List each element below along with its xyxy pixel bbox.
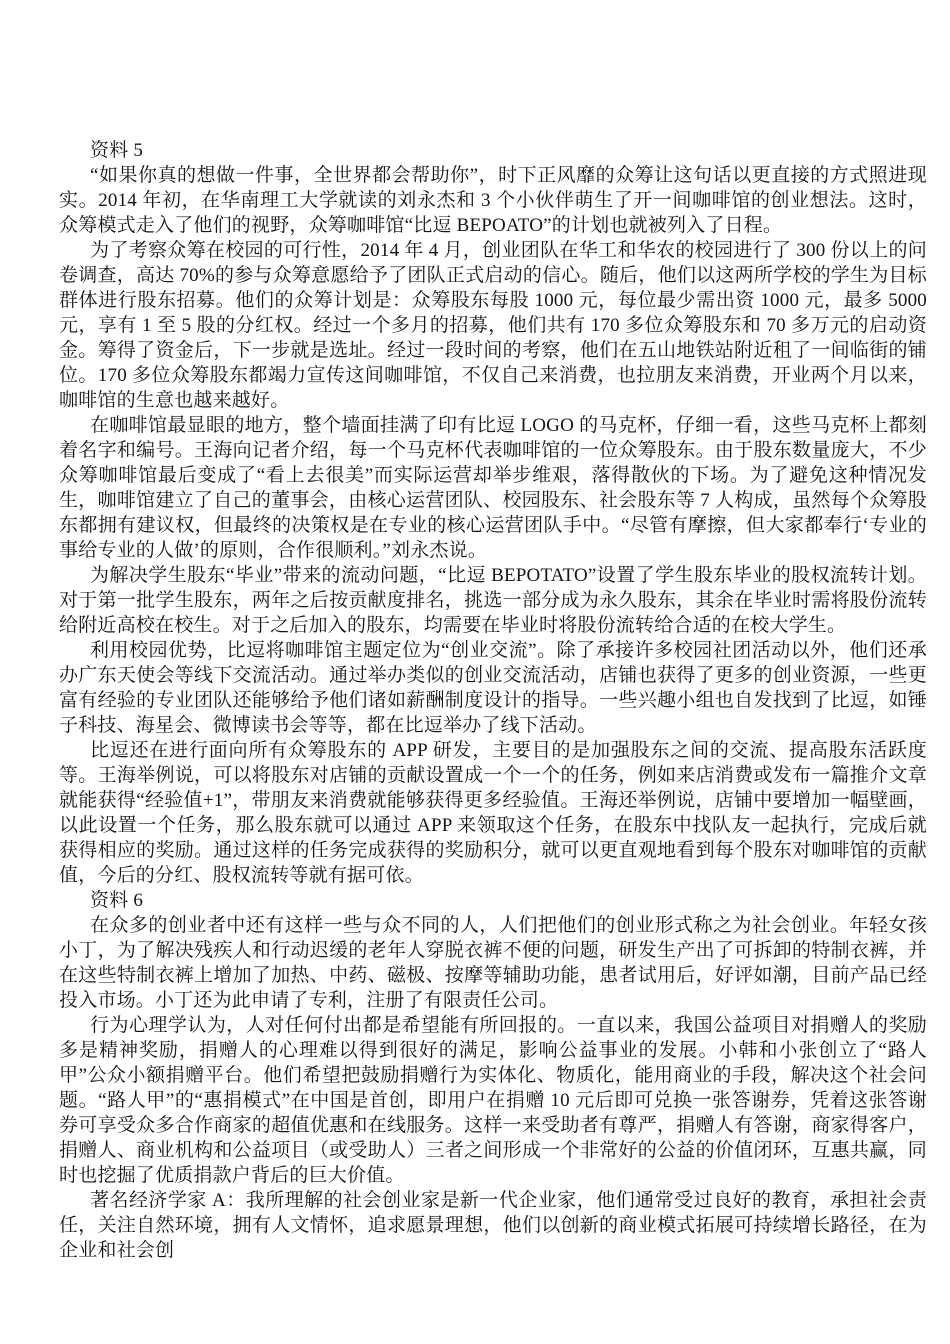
section-heading-material-6: 资料 6 <box>59 888 927 913</box>
paragraph-social-entrepreneurship: 在众多的创业者中还有这样一些与众不同的人，人们把他们的创业形式称之为社会创业。年… <box>59 913 927 1013</box>
paragraph-survey-and-recruitment: 为了考察众筹在校园的可行性，2014 年 4 月，创业团队在华工和华农的校园进行… <box>59 238 927 413</box>
paragraph-campus-positioning: 利用校园优势，比逗将咖啡馆主题定位为“创业交流”。除了承接许多校园社团活动以外，… <box>59 638 927 738</box>
paragraph-donation-platform: 行为心理学认为，人对任何付出都是希望能有所回报的。一直以来，我国公益项目对捐赠人… <box>59 1013 927 1188</box>
paragraph-economist-quote: 著名经济学家 A：我所理解的社会创业家是新一代企业家，他们通常受过良好的教育，承… <box>59 1188 927 1263</box>
document-page: 资料 5 “如果你真的想做一件事，全世界都会帮助你”，时下正风靡的众筹让这句话以… <box>59 138 927 1263</box>
document-body: 资料 5 “如果你真的想做一件事，全世界都会帮助你”，时下正风靡的众筹让这句话以… <box>59 138 927 1263</box>
section-heading-material-5: 资料 5 <box>59 138 927 163</box>
paragraph-graduation-share-transfer: 为解决学生股东“毕业”带来的流动问题，“比逗 BEPOTATO”设置了学生股东毕… <box>59 563 927 638</box>
paragraph-crowdfunding-intro: “如果你真的想做一件事，全世界都会帮助你”，时下正风靡的众筹让这句话以更直接的方… <box>59 163 927 238</box>
paragraph-mugs-and-board: 在咖啡馆最显眼的地方，整个墙面挂满了印有比逗 LOGO 的马克杯，仔细一看，这些… <box>59 413 927 563</box>
paragraph-app-development: 比逗还在进行面向所有众筹股东的 APP 研发，主要目的是加强股东之间的交流、提高… <box>59 738 927 888</box>
